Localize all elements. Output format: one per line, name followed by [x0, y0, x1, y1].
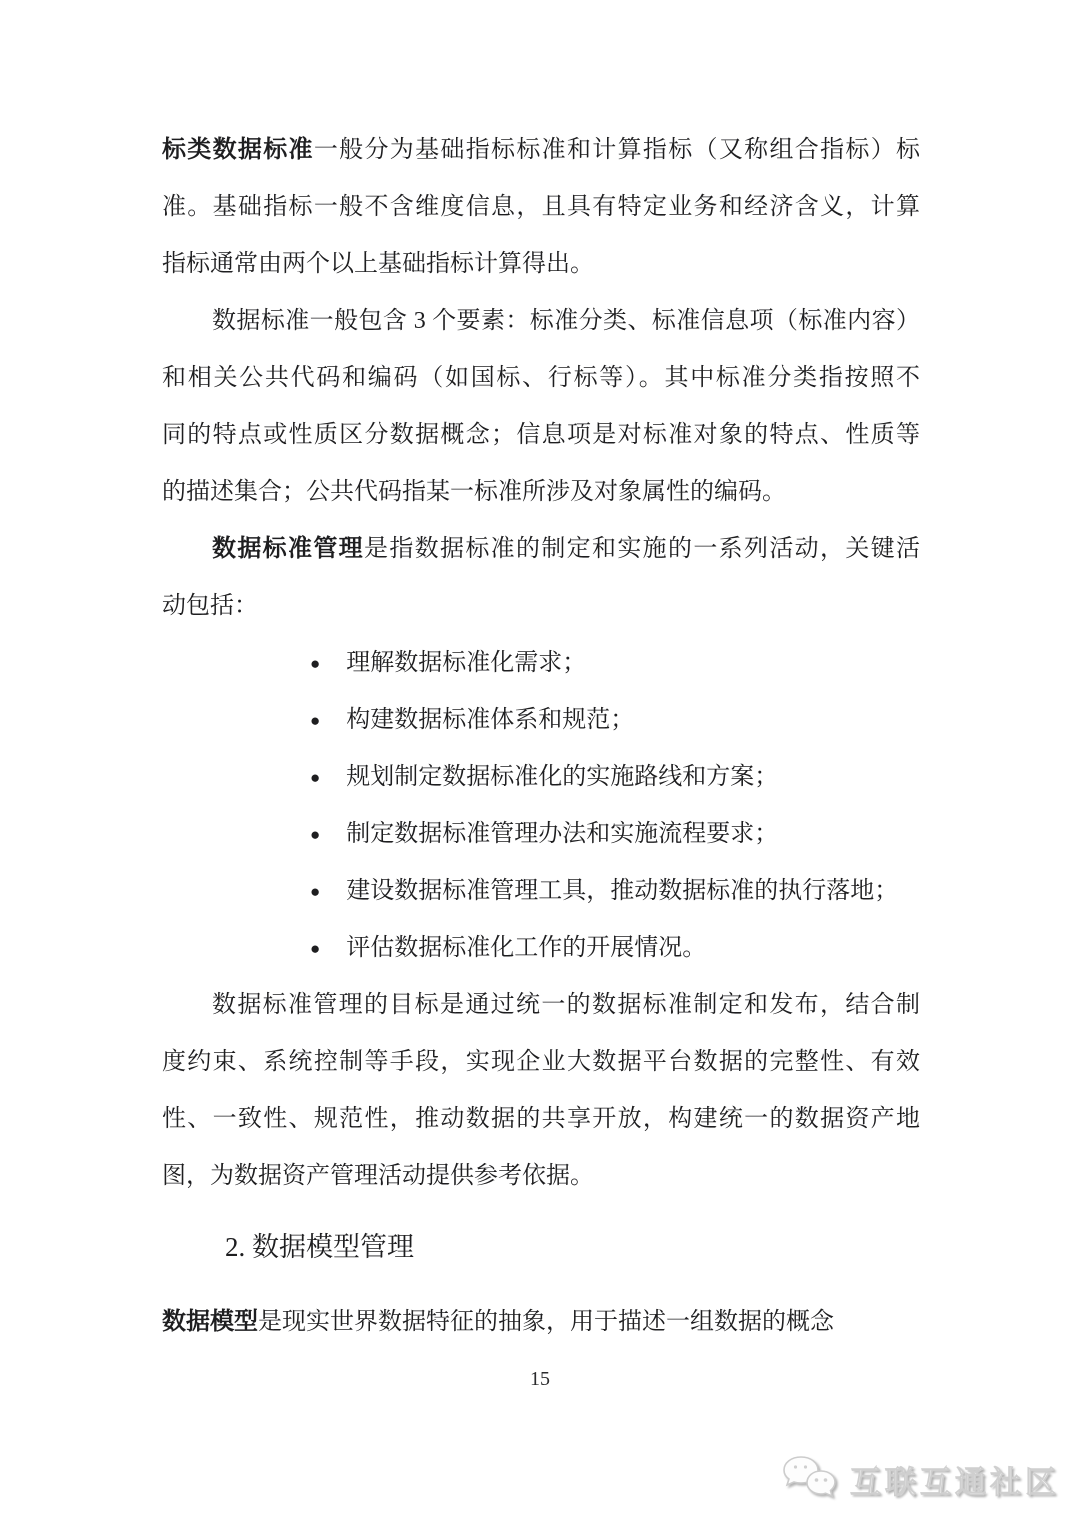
- bullet-item-text: 规划制定数据标准化的实施路线和方案；: [346, 749, 778, 806]
- bullet-dot-icon: ●: [310, 883, 320, 900]
- bold-run: 数据模型: [162, 1309, 258, 1335]
- bullet-list: ● 理解数据标准化需求； ● 构建数据标准体系和规范； ● 规划制定数据标准化的…: [162, 635, 920, 977]
- bullet-dot-icon: ●: [310, 655, 320, 672]
- paragraph: 数据模型是现实世界数据特征的抽象，用于描述一组数据的概念: [162, 1294, 920, 1351]
- text-line: 性、一致性、规范性，推动数据的共享开放，构建统一的数据资产地: [162, 1091, 920, 1148]
- text-run: 是指数据标准的制定和实施的一系列活动，关键活: [364, 536, 920, 562]
- bullet-item: ● 建设数据标准管理工具，推动数据标准的执行落地；: [162, 863, 920, 920]
- bullet-item: ● 制定数据标准管理办法和实施流程要求；: [162, 806, 920, 863]
- bullet-item-text: 制定数据标准管理办法和实施流程要求；: [346, 806, 778, 863]
- text-line: 动包括：: [162, 578, 920, 635]
- bold-run: 数据标准管理: [212, 536, 364, 562]
- paragraph: 数据标准一般包含 3 个要素：标准分类、标准信息项（标准内容） 和相关公共代码和…: [162, 293, 920, 521]
- text-line: 度约束、系统控制等手段，实现企业大数据平台数据的完整性、有效: [162, 1034, 920, 1091]
- text-line: 和相关公共代码和编码（如国标、行标等）。其中标准分类指按照不: [162, 350, 920, 407]
- bold-run: 标类数据标准: [162, 137, 314, 163]
- bullet-item-text: 建设数据标准管理工具，推动数据标准的执行落地；: [346, 863, 898, 920]
- text-run: 是现实世界数据特征的抽象，用于描述一组数据的概念: [258, 1309, 834, 1335]
- section-heading: 2. 数据模型管理: [162, 1219, 920, 1276]
- bullet-item-text: 评估数据标准化工作的开展情况。: [346, 920, 706, 977]
- text-line: 标类数据标准一般分为基础指标标准和计算指标（又称组合指标）标: [162, 122, 920, 179]
- document-body: 标类数据标准一般分为基础指标标准和计算指标（又称组合指标）标 准。基础指标一般不…: [162, 122, 920, 1351]
- text-line: 数据标准管理是指数据标准的制定和实施的一系列活动，关键活: [162, 521, 920, 578]
- text-line: 数据标准管理的目标是通过统一的数据标准制定和发布，结合制: [162, 977, 920, 1034]
- text-run: 一般分为基础指标标准和计算指标（又称组合指标）标: [314, 137, 920, 163]
- text-line: 准。基础指标一般不含维度信息，且具有特定业务和经济含义，计算: [162, 179, 920, 236]
- text-line: 数据标准一般包含 3 个要素：标准分类、标准信息项（标准内容）: [162, 293, 920, 350]
- bullet-item: ● 评估数据标准化工作的开展情况。: [162, 920, 920, 977]
- bullet-item: ● 规划制定数据标准化的实施路线和方案；: [162, 749, 920, 806]
- text-line: 同的特点或性质区分数据概念；信息项是对标准对象的特点、性质等: [162, 407, 920, 464]
- text-line: 数据模型是现实世界数据特征的抽象，用于描述一组数据的概念: [162, 1294, 920, 1351]
- bullet-item: ● 构建数据标准体系和规范；: [162, 692, 920, 749]
- text-line: 的描述集合；公共代码指某一标准所涉及对象属性的编码。: [162, 464, 920, 521]
- watermark-text: 互联互通社区: [850, 1457, 1060, 1502]
- bullet-dot-icon: ●: [310, 826, 320, 843]
- text-line: 指标通常由两个以上基础指标计算得出。: [162, 236, 920, 293]
- wechat-bubbles-icon: [778, 1453, 840, 1505]
- paragraph: 数据标准管理的目标是通过统一的数据标准制定和发布，结合制 度约束、系统控制等手段…: [162, 977, 920, 1205]
- page-number: 15: [0, 1368, 1080, 1391]
- bullet-item: ● 理解数据标准化需求；: [162, 635, 920, 692]
- watermark: 互联互通社区: [778, 1453, 1060, 1505]
- bullet-dot-icon: ●: [310, 769, 320, 786]
- paragraph: 标类数据标准一般分为基础指标标准和计算指标（又称组合指标）标 准。基础指标一般不…: [162, 122, 920, 293]
- bullet-dot-icon: ●: [310, 712, 320, 729]
- bullet-dot-icon: ●: [310, 940, 320, 957]
- text-line: 图，为数据资产管理活动提供参考依据。: [162, 1148, 920, 1205]
- bullet-item-text: 构建数据标准体系和规范；: [346, 692, 634, 749]
- bullet-item-text: 理解数据标准化需求；: [346, 635, 586, 692]
- paragraph: 数据标准管理是指数据标准的制定和实施的一系列活动，关键活 动包括：: [162, 521, 920, 635]
